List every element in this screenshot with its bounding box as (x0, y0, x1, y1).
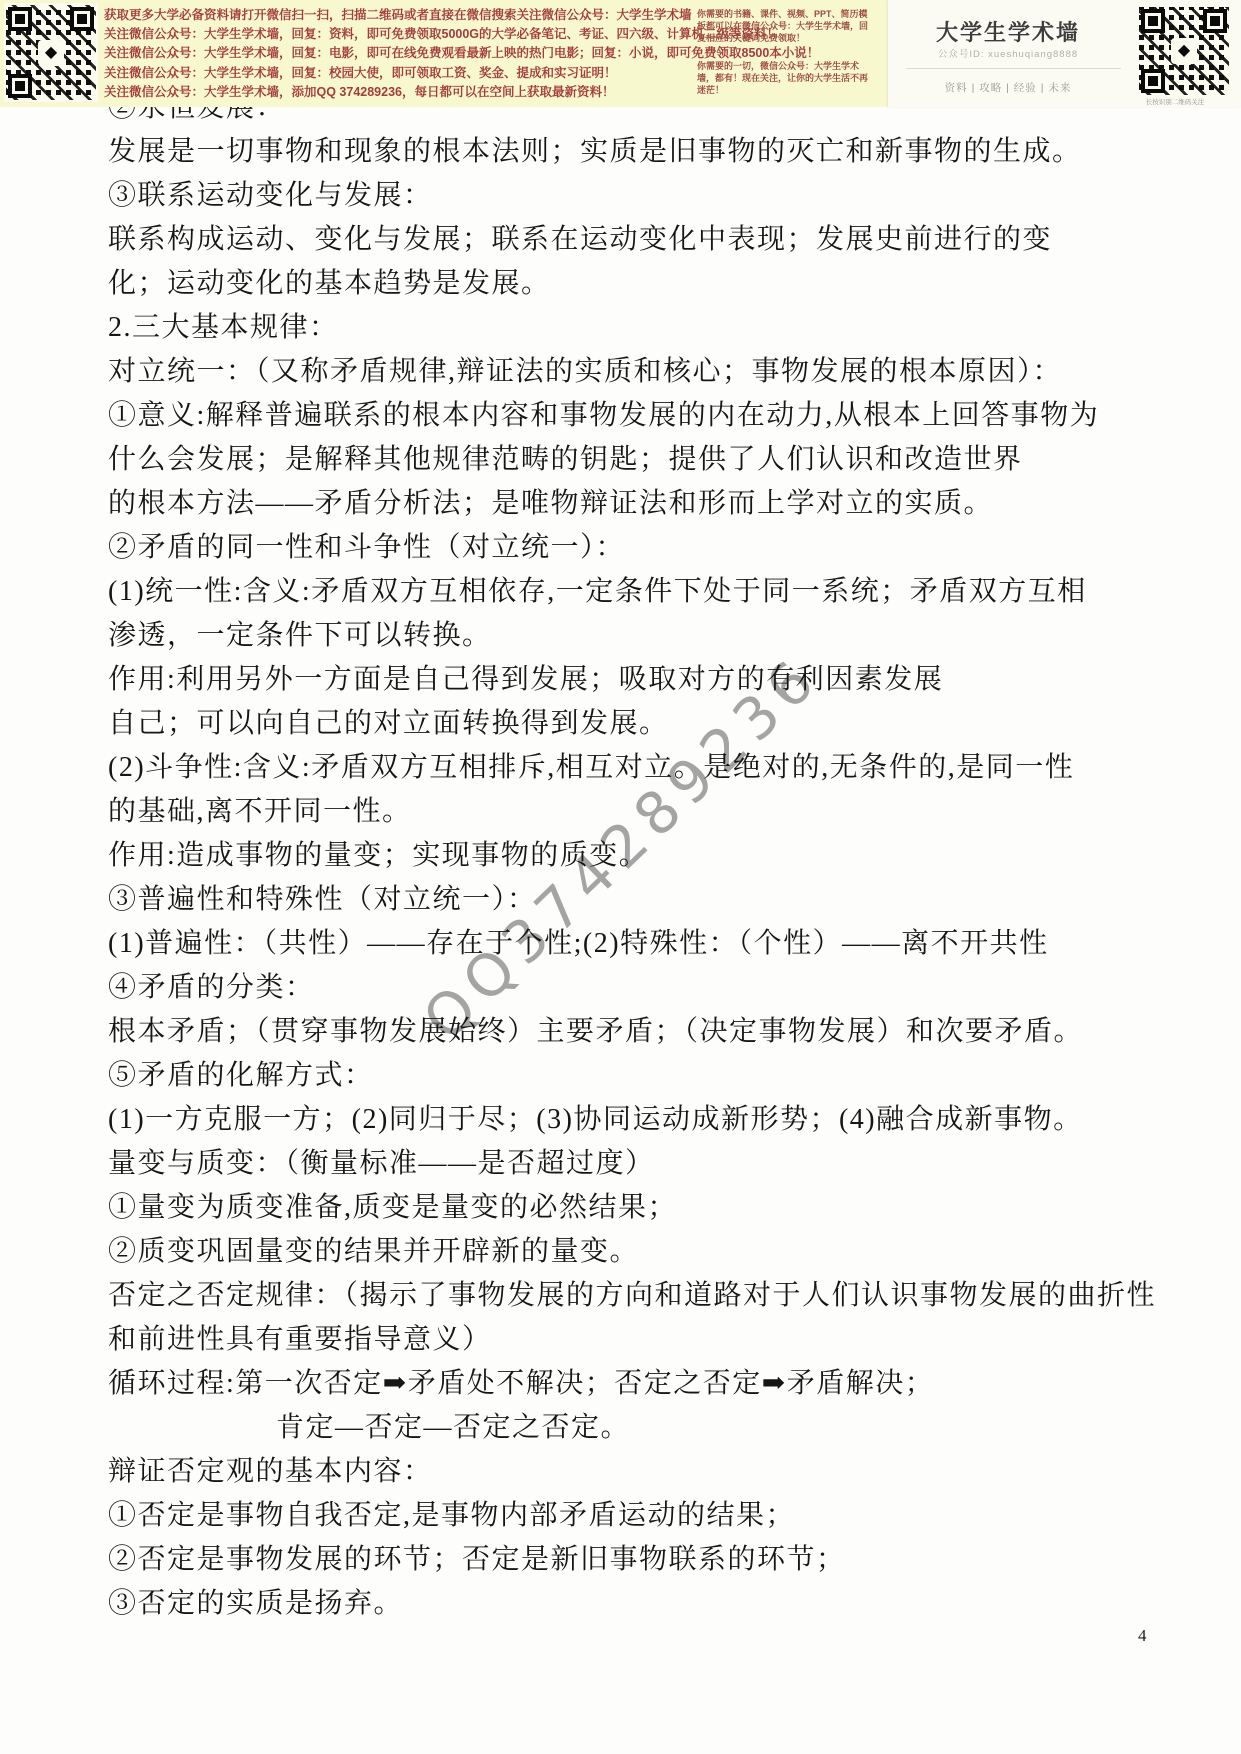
graduation-cap-icon: ◆ (38, 40, 64, 66)
banner-line: 关注微信公众号：大学生学术墙，回复：资料，即可免费领取5000G的大学必备笔记、… (104, 25, 694, 44)
qr-finder-icon (8, 7, 32, 31)
banner-line: 关注微信公众号：大学生学术墙，添加QQ 374289236，每日都可以在空间上获… (104, 83, 694, 102)
document-line: (2)斗争性:含义:矛盾双方互相排斥,相互对立。是绝对的,无条件的,是同一性 (108, 746, 1148, 790)
document-line: 循环过程:第一次否定➡矛盾处不解决；否定之否定➡矛盾解决； (108, 1362, 1148, 1406)
promo-banner: ◆ 获取更多大学必备资料请打开微信扫一扫，扫描二维码或者直接在微信搜索关注微信公… (0, 0, 1241, 107)
qr-finder-icon (1141, 69, 1165, 93)
card-divider (906, 68, 1121, 69)
document-line: ③否定的实质是扬弃。 (108, 1582, 1148, 1626)
graduation-cap-icon: ◆ (1171, 38, 1197, 64)
document-line: ②否定是事物发展的环节；否定是新旧事物联系的环节； (108, 1538, 1148, 1582)
document-line: (1)一方克服一方；(2)同归于尽；(3)协同运动成新形势；(4)融合成新事物。 (108, 1098, 1148, 1142)
document-line: 2.三大基本规律： (108, 306, 1148, 350)
document-line: 否定之否定规律：（揭示了事物发展的方向和道路对于人们认识事物发展的曲折性 (108, 1274, 1148, 1318)
document-line: ①意义:解释普遍联系的根本内容和事物发展的内在动力,从根本上回答事物为 (108, 394, 1148, 438)
official-account-card: 大学生学术墙 公众号ID: xueshuqiang8888 资料 | 攻略 | … (888, 0, 1241, 107)
document-line: ⑤矛盾的化解方式： (108, 1054, 1148, 1098)
banner-line: 关注微信公众号：大学生学术墙，回复：电影，即可在线免费观看最新上映的热门电影；回… (104, 44, 694, 63)
document-line: 对立统一：（又称矛盾规律,辩证法的实质和核心；事物发展的根本原因）： (108, 350, 1148, 394)
document-body: ②永恒发展：发展是一切事物和现象的根本法则；实质是旧事物的灭亡和新事物的生成。③… (108, 86, 1148, 1626)
document-line: 和前进性具有重要指导意义） (108, 1318, 1148, 1362)
document-line: 量变与质变：（衡量标准——是否超过度） (108, 1142, 1148, 1186)
document-line: 化；运动变化的基本趋势是发展。 (108, 262, 1148, 306)
document-line: 什么会发展；是解释其他规律范畴的钥匙；提供了人们认识和改造世界 (108, 438, 1148, 482)
qr-finder-icon (1203, 9, 1227, 33)
account-id: 公众号ID: xueshuqiang8888 (888, 46, 1128, 60)
qr-finder-icon (1141, 9, 1165, 33)
qr-caption: 长按识别二维码关注 (1125, 97, 1225, 106)
document-line: 的根本方法——矛盾分析法；是唯物辩证法和形而上学对立的实质。 (108, 482, 1148, 526)
document-line: (1)普遍性：（共性）——存在于个性;(2)特殊性：（个性）——离不开共性 (108, 922, 1148, 966)
banner-notices: 你需要的书籍、课件、视频、PPT、简历模板都可以在微信公众号：大学生学术墙，回复… (697, 8, 875, 112)
document-line: 的基础,离不开同一性。 (108, 790, 1148, 834)
document-line: ②质变巩固量变的结果并开辟新的量变。 (108, 1230, 1148, 1274)
account-title: 大学生学术墙 (888, 16, 1128, 47)
document-line: (1)统一性:含义:矛盾双方互相依存,一定条件下处于同一系统；矛盾双方互相 (108, 570, 1148, 614)
document-line: 发展是一切事物和现象的根本法则；实质是旧事物的灭亡和新事物的生成。 (108, 130, 1148, 174)
banner-line: 获取更多大学必备资料请打开微信扫一扫，扫描二维码或者直接在微信搜索关注微信公众号… (104, 6, 694, 25)
wechat-qr-code-left-icon: ◆ (6, 5, 96, 100)
document-line: ④矛盾的分类： (108, 966, 1148, 1010)
document-line: 作用:利用另外一方面是自己得到发展；吸取对方的有利因素发展 (108, 658, 1148, 702)
document-line: 自己；可以向自己的对立面转换得到发展。 (108, 702, 1148, 746)
document-line: 肯定—否定—否定之否定。 (108, 1406, 1148, 1450)
wechat-qr-code-right-icon: ◆ (1139, 7, 1229, 95)
document-line: ①量变为质变准备,质变是量变的必然结果； (108, 1186, 1148, 1230)
account-tagline: 资料 | 攻略 | 经验 | 未来 (888, 80, 1128, 95)
document-line: ①否定是事物自我否定,是事物内部矛盾运动的结果； (108, 1494, 1148, 1538)
document-line: 作用:造成事物的量变；实现事物的质变。 (108, 834, 1148, 878)
qr-finder-icon (70, 7, 94, 31)
banner-notice: 你需要的书籍、课件、视频、PPT、简历模板都可以在微信公众号：大学生学术墙，回复… (697, 8, 875, 44)
document-line: ②矛盾的同一性和斗争性（对立统一）： (108, 526, 1148, 570)
document-line: 辩证否定观的基本内容： (108, 1450, 1148, 1494)
banner-notice: 你需要的一切，微信公众号：大学生学术墙，都有！现在关注，让你的大学生活不再迷茫！ (697, 60, 875, 96)
document-line: ③联系运动变化与发展： (108, 174, 1148, 218)
qr-finder-icon (8, 74, 32, 98)
banner-line: 关注微信公众号：大学生学术墙，回复：校园大使，即可领取工资、奖金、提成和实习证明… (104, 64, 694, 83)
document-line: ③普遍性和特殊性（对立统一）： (108, 878, 1148, 922)
banner-text-block: 获取更多大学必备资料请打开微信扫一扫，扫描二维码或者直接在微信搜索关注微信公众号… (104, 6, 694, 102)
page-number: 4 (1138, 1626, 1147, 1646)
document-line: 联系构成运动、变化与发展；联系在运动变化中表现；发展史前进行的变 (108, 218, 1148, 262)
document-line: 渗透，一定条件下可以转换。 (108, 614, 1148, 658)
document-line: 根本矛盾；（贯穿事物发展始终）主要矛盾；（决定事物发展）和次要矛盾。 (108, 1010, 1148, 1054)
